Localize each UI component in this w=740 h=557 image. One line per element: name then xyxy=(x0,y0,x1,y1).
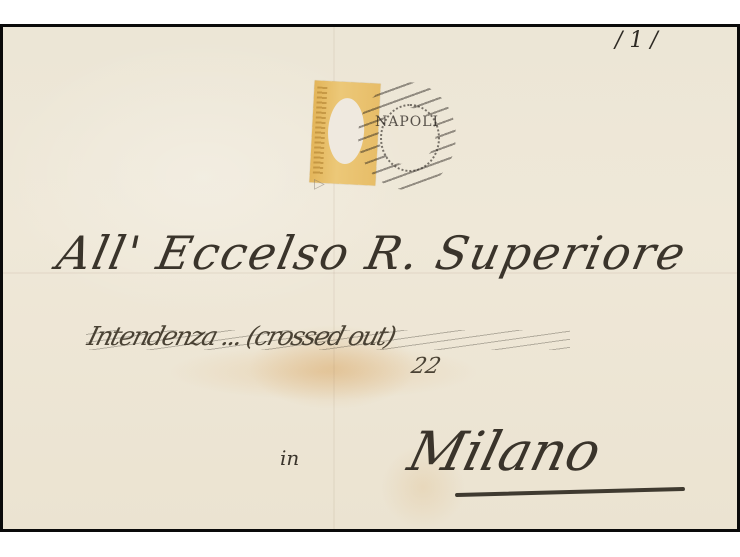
strikethrough-scribble xyxy=(86,330,570,350)
address-line-1: All' Eccelso R. Superiore xyxy=(52,226,692,280)
address-city: Milano xyxy=(402,420,607,483)
postmark-text: NAPOLI xyxy=(372,114,442,130)
pencil-mark: ▷ xyxy=(314,176,325,192)
corner-docket-mark: / 1 / xyxy=(615,28,658,53)
address-line-3-prefix: in xyxy=(280,446,299,470)
stamp-frame-lettering xyxy=(313,86,328,174)
